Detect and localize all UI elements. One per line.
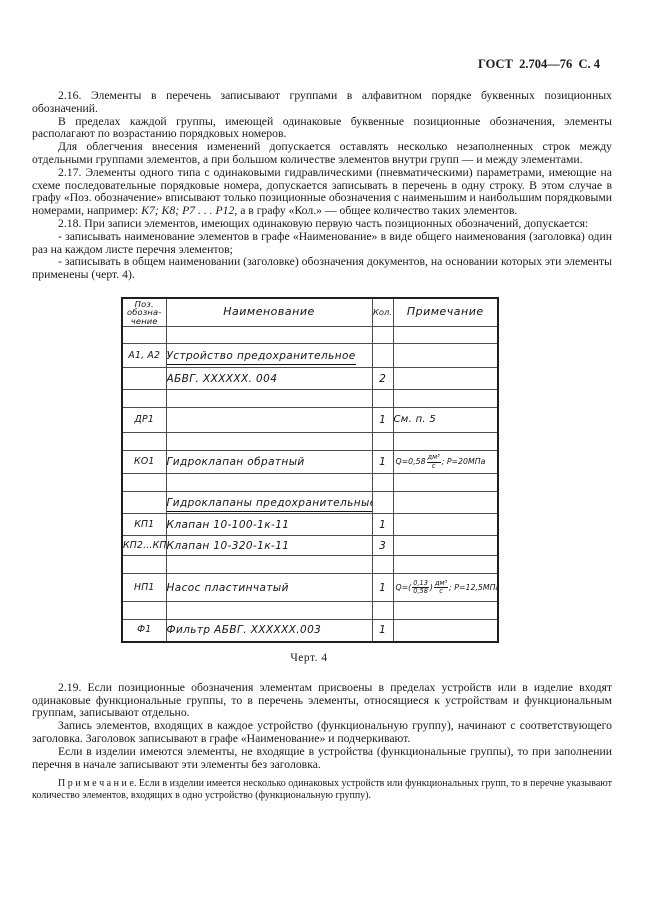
col-header-name: Наименование: [166, 298, 372, 327]
paragraph-2-19: 2.19. Если позиционные обозначения элеме…: [32, 682, 612, 720]
formula-text: ; Р=20МПа: [442, 457, 486, 466]
cell-qty: 1: [372, 408, 393, 433]
element-list-table-wrapper: Поз. обозна- чение Наименование Кол. При…: [121, 297, 497, 643]
fraction: дм³с: [427, 454, 441, 470]
cell-note: [393, 602, 498, 620]
table-row: ДР1 1 См. п. 5: [122, 408, 498, 433]
cell-name: Насос пластинчатый: [166, 574, 372, 602]
paragraph-2-16-cont-2: Для облегчения внесения изменений допуск…: [32, 141, 612, 167]
col-header-pos-line: чение: [123, 317, 166, 326]
document-body: 2.16. Элементы в перечень записывают гру…: [32, 90, 612, 801]
cell-pos: ДР1: [122, 408, 166, 433]
cell-qty: [372, 327, 393, 344]
cell-pos: [122, 433, 166, 451]
cell-note: См. п. 5: [393, 408, 498, 433]
cell-pos: [122, 368, 166, 390]
col-header-pos-designation: Поз. обозна- чение: [122, 298, 166, 327]
cell-name: Гидроклапан обратный: [166, 451, 372, 474]
table-row: АБВГ. ХХХХХХ. 004 2: [122, 368, 498, 390]
cell-name: [166, 390, 372, 408]
cell-note: [393, 514, 498, 536]
cell-note: [393, 492, 498, 514]
cell-name: [166, 327, 372, 344]
group-heading: Устройство предохранительное: [167, 350, 356, 365]
cell-note-formula: Q=0,58дм³с; Р=20МПа: [393, 451, 498, 474]
figure-caption: Черт. 4: [121, 652, 497, 665]
cell-note: [393, 433, 498, 451]
positional-designation-example: К7; К8; Р7 . . . Р12: [141, 204, 234, 217]
fraction: 0,130,58: [412, 580, 429, 596]
cell-name: [166, 433, 372, 451]
table-row-spacer: [122, 602, 498, 620]
table-row-spacer: [122, 556, 498, 574]
cell-note-formula: Q=(0,130,58)дм³с; Р=12,5МПа: [393, 574, 498, 602]
cell-pos: [122, 390, 166, 408]
cell-pos: [122, 556, 166, 574]
cell-note: [393, 556, 498, 574]
table-row-spacer: [122, 390, 498, 408]
cell-name: Гидроклапаны предохранительные: [166, 492, 372, 514]
cell-qty: [372, 602, 393, 620]
cell-qty: [372, 474, 393, 492]
cell-qty: 1: [372, 574, 393, 602]
cell-pos: КО1: [122, 451, 166, 474]
formula-text: ; Р=12,5МПа: [449, 583, 498, 592]
table-row: КП2...КП4 Клапан 10-320-1к-11 3: [122, 536, 498, 556]
cell-qty: 2: [372, 368, 393, 390]
col-header-note: Примечание: [393, 298, 498, 327]
paragraph-2-19-cont-2: Если в изделии имеются элементы, не вход…: [32, 746, 612, 772]
cell-qty: [372, 492, 393, 514]
cell-qty: [372, 556, 393, 574]
cell-name: Фильтр АБВГ. ХХХХХХ.003: [166, 620, 372, 642]
cell-qty: [372, 433, 393, 451]
formula-text: ): [430, 583, 433, 592]
formula-text: Q=(: [396, 583, 412, 592]
cell-qty: [372, 344, 393, 368]
element-list-table: Поз. обозна- чение Наименование Кол. При…: [121, 297, 499, 643]
fraction-denominator: с: [434, 588, 448, 596]
document-page: ГОСТ 2.704—76 С. 4 2.16. Элементы в пере…: [0, 0, 646, 907]
paragraph-2-16-cont-1: В пределах каждой группы, имеющей одинак…: [32, 116, 612, 142]
page-header: ГОСТ 2.704—76 С. 4: [0, 0, 646, 72]
cell-pos: КП2...КП4: [122, 536, 166, 556]
cell-pos: Ф1: [122, 620, 166, 642]
paragraph-2-18-item-2: - записывать в общем наименовании (загол…: [32, 256, 612, 282]
fraction-denominator: с: [427, 463, 441, 471]
group-heading: Гидроклапаны предохранительные: [167, 497, 373, 512]
cell-qty: 1: [372, 620, 393, 642]
cell-pos: КП1: [122, 514, 166, 536]
cell-name: Клапан 10-100-1к-11: [166, 514, 372, 536]
cell-pos: НП1: [122, 574, 166, 602]
cell-pos: А1, А2: [122, 344, 166, 368]
formula-text: Q=0,58: [396, 457, 426, 466]
fraction: дм³с: [434, 580, 448, 596]
cell-note: [393, 620, 498, 642]
paragraph-2-18: 2.18. При записи элементов, имеющих один…: [32, 218, 612, 231]
table-row-spacer: [122, 474, 498, 492]
table-row: Ф1 Фильтр АБВГ. ХХХХХХ.003 1: [122, 620, 498, 642]
cell-note: [393, 474, 498, 492]
paragraph-2-19-cont-1: Запись элементов, входящих в каждое устр…: [32, 720, 612, 746]
table-header-row: Поз. обозна- чение Наименование Кол. При…: [122, 298, 498, 327]
cell-name: Устройство предохранительное: [166, 344, 372, 368]
cell-note: [393, 344, 498, 368]
paragraph-text: , а в графу «Кол.» — общее количество та…: [234, 204, 517, 217]
cell-note: [393, 390, 498, 408]
paragraph-2-17: 2.17. Элементы одного типа с одинаковыми…: [32, 167, 612, 218]
fraction-denominator: 0,58: [412, 588, 429, 596]
cell-name: [166, 474, 372, 492]
cell-qty: 3: [372, 536, 393, 556]
cell-qty: 1: [372, 451, 393, 474]
cell-note: [393, 536, 498, 556]
cell-pos: [122, 474, 166, 492]
cell-qty: [372, 390, 393, 408]
cell-qty: 1: [372, 514, 393, 536]
cell-pos: [122, 492, 166, 514]
cell-name: [166, 556, 372, 574]
table-row: НП1 Насос пластинчатый 1 Q=(0,130,58)дм³…: [122, 574, 498, 602]
cell-name: Клапан 10-320-1к-11: [166, 536, 372, 556]
table-row-spacer: [122, 327, 498, 344]
cell-name: АБВГ. ХХХХХХ. 004: [166, 368, 372, 390]
table-row-spacer: [122, 433, 498, 451]
paragraph-2-18-item-1: - записывать наименование элементов в гр…: [32, 231, 612, 257]
note-label: П р и м е ч а н и е.: [58, 778, 136, 789]
col-header-qty: Кол.: [372, 298, 393, 327]
cell-name: [166, 602, 372, 620]
table-row: Гидроклапаны предохранительные: [122, 492, 498, 514]
cell-note: [393, 327, 498, 344]
table-row: КП1 Клапан 10-100-1к-11 1: [122, 514, 498, 536]
cell-note: [393, 368, 498, 390]
cell-pos: [122, 602, 166, 620]
cell-pos: [122, 327, 166, 344]
cell-name: [166, 408, 372, 433]
table-row: А1, А2 Устройство предохранительное: [122, 344, 498, 368]
table-row: КО1 Гидроклапан обратный 1 Q=0,58дм³с; Р…: [122, 451, 498, 474]
note-paragraph: П р и м е ч а н и е. Если в изделии имее…: [32, 778, 612, 801]
paragraph-2-16: 2.16. Элементы в перечень записывают гру…: [32, 90, 612, 116]
